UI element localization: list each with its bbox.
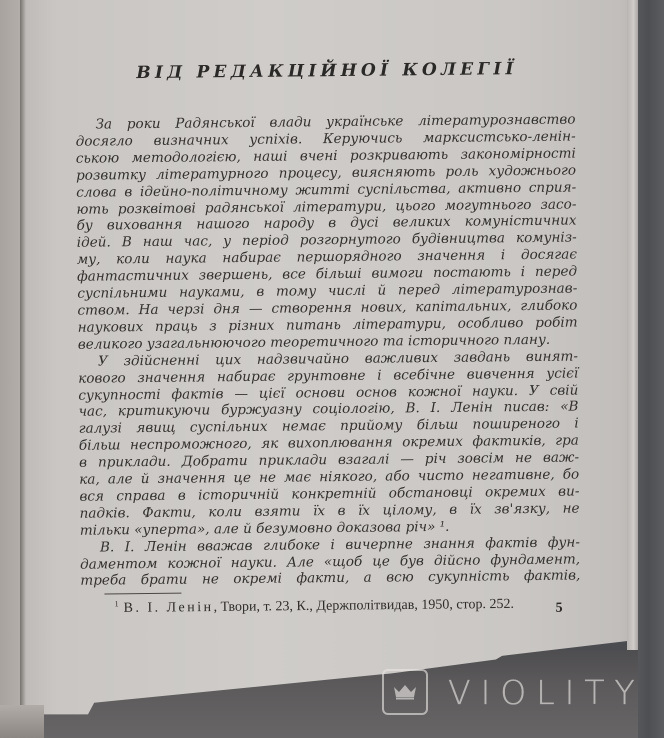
footnote-text: , Твори, т. 23, К., Держполітвидав, 1950… xyxy=(214,597,515,615)
body-text: За роки Радянської влади українське літе… xyxy=(75,112,580,591)
watermark-text: VIOLITY xyxy=(448,673,645,712)
crown-icon xyxy=(393,684,417,700)
watermark: VIOLITY xyxy=(382,667,645,717)
watermark-logo xyxy=(382,669,428,715)
page-title: ВІД РЕДАКЦІЙНОЇ КОЛЕГІЇ xyxy=(117,59,537,83)
footnote-marker: 1 xyxy=(114,599,118,608)
footnote-divider xyxy=(104,593,181,595)
page-content: ВІД РЕДАКЦІЙНОЇ КОЛЕГІЇ За роки Радянськ… xyxy=(0,0,664,738)
footnote-author: В. І. Ленін xyxy=(124,600,214,616)
footnote: 1В. І. Ленін, Твори, т. 23, К., Держполі… xyxy=(114,595,514,617)
page-number: 5 xyxy=(556,601,563,617)
